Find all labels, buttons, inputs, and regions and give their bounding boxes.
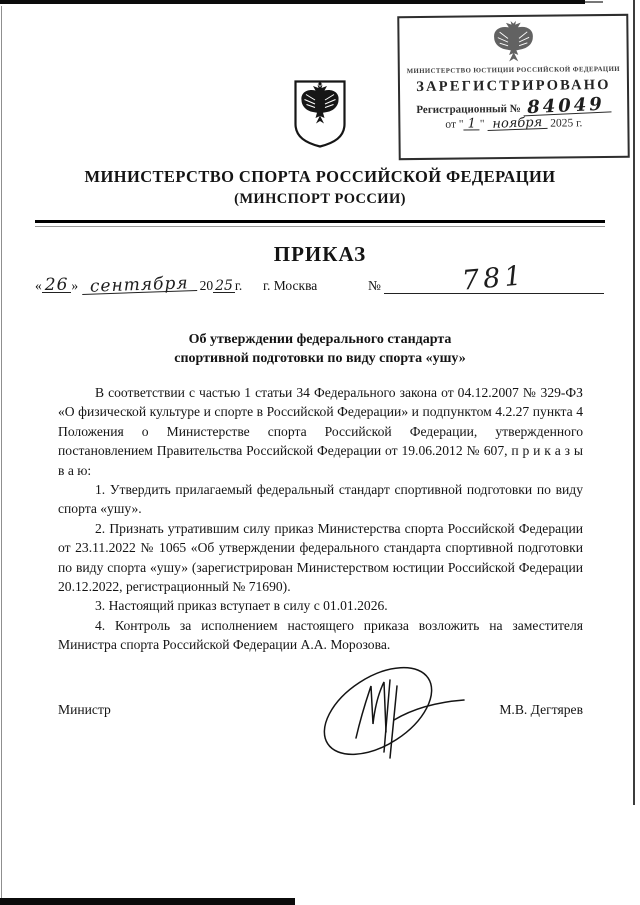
signer-role: Министр bbox=[58, 702, 111, 718]
order-year-suffix: г. bbox=[235, 278, 242, 293]
stamp-ministry-line: МИНИСТЕРСТВО ЮСТИЦИИ РОССИЙСКОЙ ФЕДЕРАЦИ… bbox=[400, 66, 627, 75]
stamp-reg-value-handwritten: 84049 bbox=[523, 97, 611, 116]
scan-bottom-bar bbox=[0, 898, 295, 905]
date-quote-open: « bbox=[35, 278, 42, 293]
order-number-label: № bbox=[368, 278, 381, 293]
date-quote-close: » bbox=[71, 278, 78, 293]
order-date-month-handwritten: сентября bbox=[89, 273, 188, 296]
russia-coat-of-arms-icon bbox=[292, 78, 348, 148]
stamp-date-from: от bbox=[445, 119, 456, 131]
header-divider bbox=[35, 220, 605, 227]
order-date-row: «26» сентября 2025г. г. Москва № 781 bbox=[35, 252, 610, 300]
order-year-handwritten: 25 bbox=[215, 278, 233, 294]
signer-name: М.В. Дегтярев bbox=[499, 702, 583, 718]
paragraph-item-1: 1. Утвердить прилагаемый федеральный ста… bbox=[58, 480, 583, 519]
order-year-prefix: 20 bbox=[200, 278, 214, 293]
order-date-day-handwritten: 26 bbox=[45, 275, 69, 295]
scan-top-border bbox=[0, 0, 585, 4]
document-page: МИНИСТЕРСТВО ЮСТИЦИИ РОССИЙСКОЙ ФЕДЕРАЦИ… bbox=[0, 0, 640, 905]
order-date: «26» сентября 2025г. bbox=[35, 278, 242, 294]
ministry-name: МИНИСТЕРСТВО СПОРТА РОССИЙСКОЙ ФЕДЕРАЦИИ bbox=[0, 167, 640, 187]
order-body: В соответствии с частью 1 статьи 34 Феде… bbox=[58, 383, 583, 655]
justice-eagle-icon bbox=[487, 20, 539, 67]
stamp-quote-close: " bbox=[480, 118, 485, 130]
stamp-date-line: от "1" ноября 2025 г. bbox=[400, 117, 627, 131]
stamp-date-year: 2025 г. bbox=[550, 117, 582, 129]
justice-registration-stamp: МИНИСТЕРСТВО ЮСТИЦИИ РОССИЙСКОЙ ФЕДЕРАЦИ… bbox=[397, 14, 629, 160]
paragraph-preamble: В соответствии с частью 1 статьи 34 Феде… bbox=[58, 383, 583, 480]
scan-top-border-tail bbox=[585, 1, 603, 3]
stamp-registration-number: Регистрационный № 84049 bbox=[400, 99, 627, 116]
minister-signature bbox=[306, 654, 491, 769]
paragraph-item-4: 4. Контроль за исполнением настоящего пр… bbox=[58, 616, 583, 655]
stamp-date-month-handwritten: ноября bbox=[487, 117, 547, 131]
paragraph-item-2: 2. Признать утратившим силу приказ Минис… bbox=[58, 519, 583, 597]
scan-left-border bbox=[1, 6, 2, 905]
ministry-short-name: (МИНСПОРТ РОССИИ) bbox=[0, 191, 640, 208]
paragraph-item-3: 3. Настоящий приказ вступает в силу с 01… bbox=[58, 596, 583, 615]
stamp-reg-label: Регистрационный № bbox=[416, 103, 521, 116]
order-title-line2: спортивной подготовки по виду спорта «уш… bbox=[0, 349, 640, 368]
order-title: Об утверждении федерального стандарта сп… bbox=[0, 330, 640, 368]
order-title-line1: Об утверждении федерального стандарта bbox=[0, 330, 640, 349]
stamp-date-day-handwritten: 1 bbox=[464, 118, 480, 130]
order-city: г. Москва bbox=[263, 278, 317, 294]
order-number-handwritten: 781 bbox=[462, 266, 527, 291]
order-number: № 781 bbox=[368, 273, 604, 294]
scan-right-border bbox=[633, 0, 635, 805]
